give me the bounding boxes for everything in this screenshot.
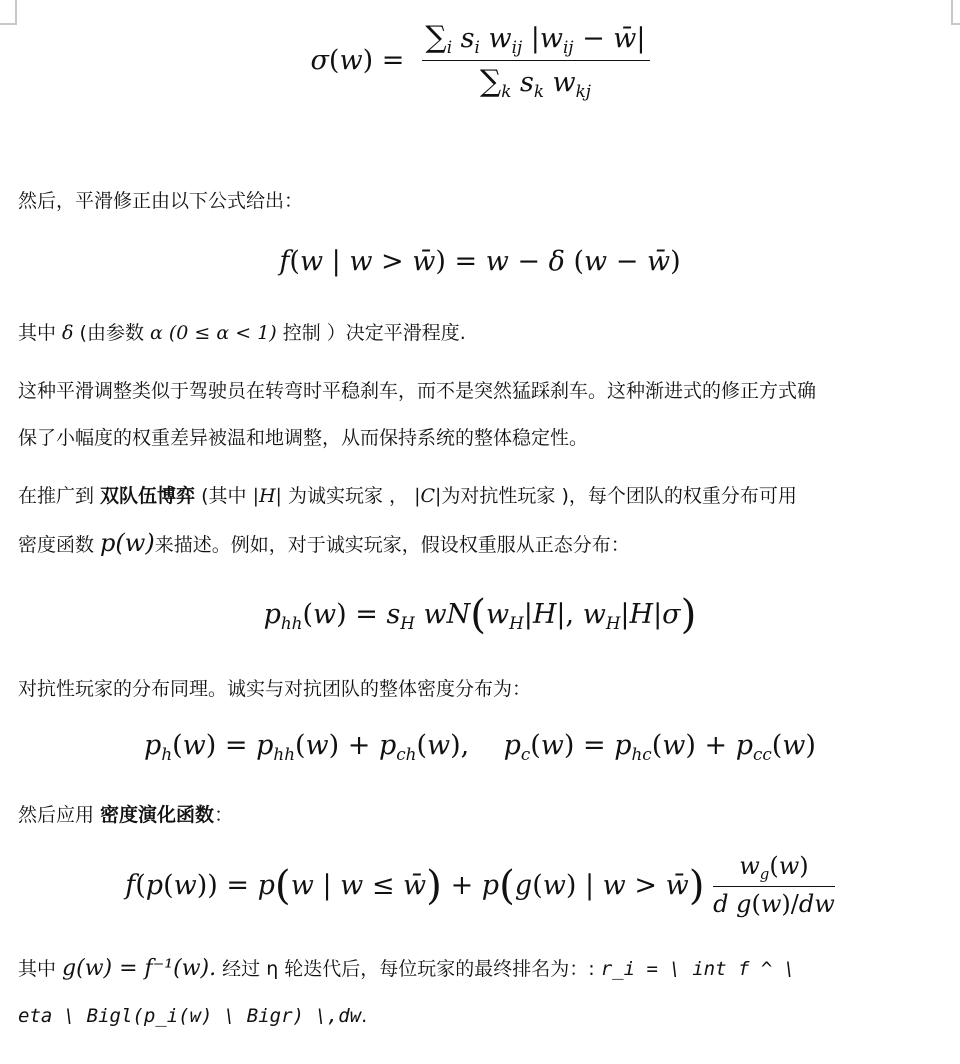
alpha-condition: (0 ≤ α < 1) (163, 322, 277, 344)
paragraph-final-ranking: 其中 g(w) = f⁻¹(w). 经过 η 轮迭代后，每位玩家的最终排名为：:… (18, 945, 795, 1040)
term-two-team-game: 双队伍博弈 (100, 485, 195, 507)
formula-normal-distribution: phh(w) = sH wN(wH|H|, wH|H|σ) (0, 590, 960, 638)
density-symbol: p(w) (100, 529, 155, 557)
formula-sigma: σ(w) = ∑i si wij |wij − w̄| ∑k sk wkj (0, 20, 960, 101)
paragraph-delta-definition: 其中 δ (由参数 α (0 ≤ α < 1) 控制 ）决定平滑程度. (18, 310, 466, 357)
delta-symbol: δ (62, 322, 73, 344)
paragraph-team-density: 对抗性玩家的分布同理。诚实与对抗团队的整体密度分布为： (18, 666, 531, 713)
adversary-set-symbol: |C| (414, 485, 441, 507)
raw-latex-ranking-2: eta \ Bigl(p_i(w) \ Bigr) \,dw (18, 1005, 361, 1027)
alpha-symbol: α (150, 322, 163, 344)
paragraph-smoothing-intro: 然后，平滑修正由以下公式给出： (18, 178, 303, 225)
formula-smoothing: f(w | w > w̄) = w − δ (w − w̄) (0, 246, 960, 277)
formula-team-density: ph(w) = phh(w) + pch(w), pc(w) = phc(w) … (0, 730, 960, 764)
raw-latex-ranking-1: r_i = \ int f ^ \ (601, 958, 795, 980)
formula-evolution-fraction: wg(w) d g(w)/dw (713, 852, 835, 918)
paragraph-analogy: 这种平滑调整类似于驾驶员在转弯时平稳刹车，而不是突然猛踩刹车。这种渐进式的修正方… (18, 368, 816, 462)
paragraph-two-team-game: 在推广到 双队伍博弈 (其中 |H| 为诚实玩家 ， |C|为对抗性玩家 )，每… (18, 473, 797, 569)
formula-sigma-fraction: ∑i si wij |wij − w̄| ∑k sk wkj (422, 20, 650, 101)
paragraph-density-evolution: 然后应用 密度演化函数： (18, 792, 233, 839)
formula-density-evolution: f(p(w)) = p(w | w ≤ w̄) + p(g(w) | w > w… (0, 852, 960, 918)
honest-set-symbol: |H| (253, 485, 282, 507)
term-density-evolution: 密度演化函数 (100, 804, 214, 826)
g-definition: g(w) = f⁻¹(w). (62, 956, 216, 981)
